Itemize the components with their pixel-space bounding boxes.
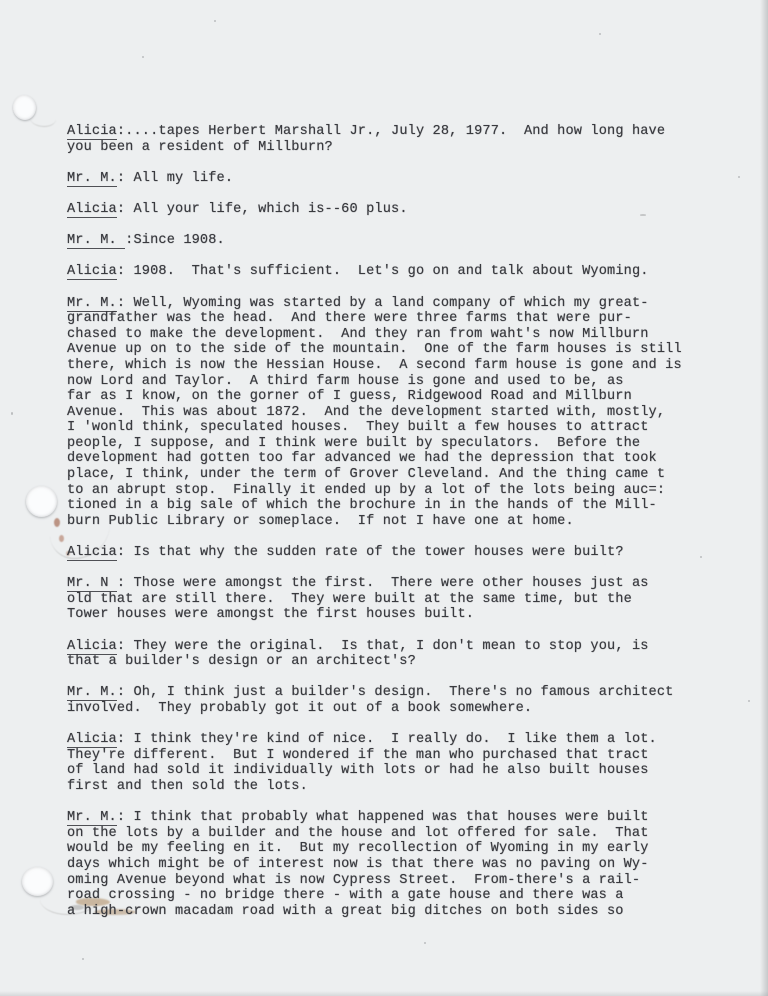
text-line: They're different. But I wondered if the…: [67, 748, 735, 764]
text-line: tioned in a big sale of which the brochu…: [67, 498, 735, 514]
text-line: there, which is now the Hessian House. A…: [67, 358, 735, 374]
text-line: a high-crown macadam road with a great b…: [67, 904, 735, 920]
speaker-label: Alicia: [67, 732, 117, 748]
text-line: oming Avenue beyond what is now Cypress …: [67, 873, 735, 889]
paper-speck: [748, 700, 750, 702]
speaker-label: Alicia: [67, 639, 117, 655]
speaker-separator: :....: [117, 124, 159, 139]
punch-hole-top: [11, 94, 37, 122]
text-line: I 'wonld think, speculated houses. They …: [67, 420, 735, 436]
transcript-paragraph: Alicia: Is that why the sudden rate of t…: [67, 545, 735, 561]
speaker-separator: :: [117, 171, 134, 186]
speaker-separator: :: [125, 233, 133, 248]
text-line: would be my feeling en it. But my recoll…: [67, 841, 735, 857]
text-line: of land had sold it individually with lo…: [67, 763, 735, 779]
text-line: on the lots by a builder and the house a…: [67, 826, 735, 842]
text-line: Alicia: All your life, which is--60 plus…: [67, 202, 735, 218]
paper-speck: [214, 20, 216, 22]
text-line: Mr. M.: I think that probably what happe…: [67, 810, 735, 826]
paper-speck: [142, 56, 144, 58]
text-line: place, I think, under the term of Grover…: [67, 467, 735, 483]
text-line: burn Public Library or someplace. If not…: [67, 514, 735, 530]
text-line: Alicia:....tapes Herbert Marshall Jr., J…: [67, 124, 735, 140]
rust-stain: [59, 535, 64, 542]
transcript-paragraph: Alicia:....tapes Herbert Marshall Jr., J…: [67, 124, 735, 155]
text-line: Mr. M. :Since 1908.: [67, 233, 735, 249]
text-line: Alicia: I think they're kind of nice. I …: [67, 732, 735, 748]
punch-hole-middle: [26, 486, 57, 517]
text-line: people, I suppose, and I think were buil…: [67, 436, 735, 452]
transcript-paragraph: Mr. M.: I think that probably what happe…: [67, 810, 735, 919]
page-edge-shadow: [760, 0, 768, 996]
speaker-label: Mr. M.: [67, 296, 117, 312]
paper-speck: [599, 33, 601, 35]
speaker-separator: :: [117, 732, 134, 747]
text-line: Avenue. This was about 1872. And the dev…: [67, 405, 735, 421]
speaker-label: Alicia: [67, 545, 117, 561]
text-line: to an abrupt stop. Finally it ended up b…: [67, 483, 735, 499]
speaker-separator: :: [117, 264, 134, 279]
paper-speck: [82, 958, 84, 960]
paper-speck: [738, 176, 740, 178]
speaker-separator: :: [117, 202, 134, 217]
speaker-separator: :: [117, 685, 134, 700]
speaker-label: Mr. M.: [67, 810, 117, 826]
text-line: involved. They probably got it out of a …: [67, 701, 735, 717]
text-line: you been a resident of Millburn?: [67, 140, 735, 156]
text-line: first and then sold the lots.: [67, 779, 735, 795]
text-line: Mr. N : Those were amongst the first. Th…: [67, 576, 735, 592]
transcript-paragraph: Mr. M.: Oh, I think just a builder's des…: [67, 685, 735, 716]
text-line: Alicia: They were the original. Is that,…: [67, 639, 735, 655]
speaker-separator: :: [117, 576, 134, 591]
paper-speck: [11, 412, 13, 415]
speaker-separator: :: [117, 296, 134, 311]
speaker-separator: :: [117, 639, 134, 654]
text-line: Avenue up on to the side of the mountain…: [67, 342, 735, 358]
text-line: Alicia: Is that why the sudden rate of t…: [67, 545, 735, 561]
transcript-paragraph: Alicia: 1908. That's sufficient. Let's g…: [67, 264, 735, 280]
text-line: chased to make the development. And they…: [67, 327, 735, 343]
text-line: Mr. M.: Oh, I think just a builder's des…: [67, 685, 735, 701]
page-edge-shadow: [0, 991, 768, 996]
punch-hole-bottom: [22, 867, 53, 896]
text-line: grandfather was the head. And there were…: [67, 311, 735, 327]
text-line: that a builder's design or an architect'…: [67, 654, 735, 670]
text-line: Alicia: 1908. That's sufficient. Let's g…: [67, 264, 735, 280]
text-line: Mr. M.: Well, Wyoming was started by a l…: [67, 296, 735, 312]
speaker-label: Mr. N: [67, 576, 117, 592]
text-line: road crossing - no bridge there - with a…: [67, 888, 735, 904]
text-line: days which might be of interest now is t…: [67, 857, 735, 873]
rust-stain: [54, 518, 60, 527]
transcript-paragraph: Mr. M.: Well, Wyoming was started by a l…: [67, 296, 735, 530]
transcript-paragraph: Mr. M.: All my life.: [67, 171, 735, 187]
speaker-label: Alicia: [67, 124, 117, 140]
text-line: far as I know, on the gorner of I guess,…: [67, 389, 735, 405]
transcript: Alicia:....tapes Herbert Marshall Jr., J…: [67, 124, 735, 935]
text-line: development had gotten too far advanced …: [67, 451, 735, 467]
paper-speck: [424, 942, 426, 944]
speaker-label: Mr. M.: [67, 685, 117, 701]
transcript-paragraph: Mr. M. :Since 1908.: [67, 233, 735, 249]
transcript-paragraph: Alicia: They were the original. Is that,…: [67, 639, 735, 670]
speaker-separator: :: [117, 545, 134, 560]
transcript-paragraph: Alicia: I think they're kind of nice. I …: [67, 732, 735, 794]
text-line: now Lord and Taylor. A third farm house …: [67, 374, 735, 390]
document-page: Alicia:....tapes Herbert Marshall Jr., J…: [0, 0, 768, 996]
speaker-label: Mr. M.: [67, 171, 117, 187]
transcript-paragraph: Alicia: All your life, which is--60 plus…: [67, 202, 735, 218]
speaker-separator: :: [117, 810, 134, 825]
speaker-label: Alicia: [67, 264, 117, 280]
speaker-label: Mr. M.: [67, 233, 125, 249]
transcript-paragraph: Mr. N : Those were amongst the first. Th…: [67, 576, 735, 623]
text-line: old that are still there. They were buil…: [67, 592, 735, 608]
speaker-label: Alicia: [67, 202, 117, 218]
text-line: Mr. M.: All my life.: [67, 171, 735, 187]
text-line: Tower houses were amongst the first hous…: [67, 607, 735, 623]
